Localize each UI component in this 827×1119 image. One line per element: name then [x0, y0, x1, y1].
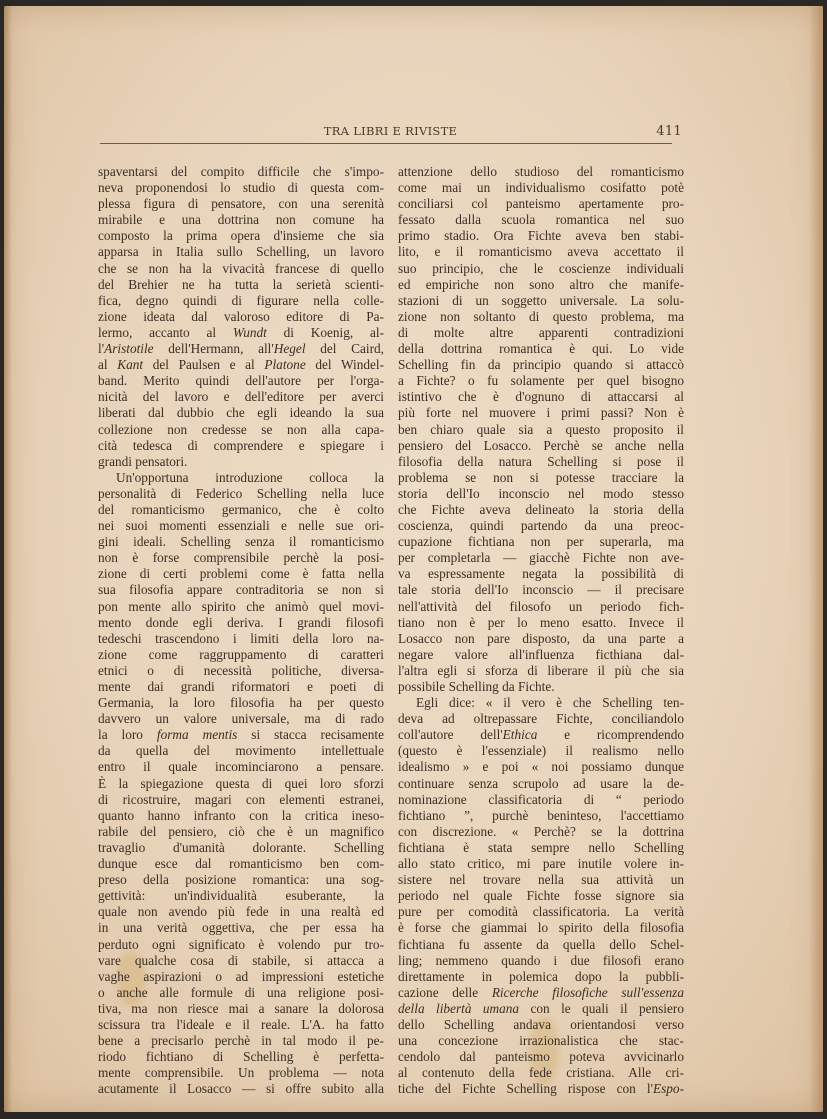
- text-run: davvero un valore universale, ma di rado: [98, 711, 384, 726]
- italic-title: Kant: [117, 357, 143, 372]
- text-line: una concezione irrazionalistica che stac…: [398, 1033, 684, 1049]
- text-line: Un'opportuna introduzione colloca la: [98, 470, 384, 486]
- text-run: entro il quale incominciarono a pensare.: [98, 759, 384, 774]
- text-line: (questo è l'essenziale) il realismo nell…: [398, 743, 684, 759]
- text-run: dell'Hermann, all': [154, 341, 274, 356]
- text-run: ed empiriche non sono altro che manife-: [398, 277, 684, 292]
- text-line: attenzione dello studioso del romanticis…: [398, 164, 684, 180]
- text-run: grandi pensatori.: [98, 454, 187, 469]
- text-line: entro il quale incominciarono a pensare.: [98, 759, 384, 775]
- text-line: fessato dalla scuola romantica nel suo: [398, 212, 684, 228]
- text-line: per completarla — giacchè Fichte non ave…: [398, 550, 684, 566]
- text-line: fica, degno quindi di figurare nella col…: [98, 293, 384, 309]
- text-run: tiva, ma non riesce mai a sanare la dolo…: [98, 1001, 384, 1016]
- text-run: istintivo che è d'ognuno di attaccarsi a…: [398, 389, 684, 404]
- text-run: allo stato critico, mi pare inutile vole…: [398, 856, 684, 871]
- text-line: problema se non si potesse tracciare la: [398, 470, 684, 486]
- text-run: stazioni di un soggetto universale. La s…: [398, 293, 684, 308]
- text-line: come mai un individualismo cosifatto pot…: [398, 180, 684, 196]
- text-run: mirabile e una dottrina non comune ha: [98, 212, 384, 227]
- text-run: una concezione irrazionalistica che stac…: [398, 1033, 684, 1048]
- text-run: del Brehier ne ha tutta la serietà scien…: [98, 277, 384, 292]
- text-run: ben chiaro quale sia a questo proposito …: [398, 422, 684, 437]
- text-line: coscienza, quindi partendo da una preoc-: [398, 518, 684, 534]
- text-line: ed empiriche non sono altro che manife-: [398, 277, 684, 293]
- italic-title: Wundt: [233, 325, 267, 340]
- text-line: fichtiano ”, purchè beninteso, l'accetti…: [398, 808, 684, 824]
- text-run: possibile Schelling da Fichte.: [398, 679, 555, 694]
- text-line: nominazione classificatoria di “ periodo: [398, 792, 684, 808]
- text-line: che Fichte aveva delineato la storia del…: [398, 502, 684, 518]
- text-run: dello Schelling andava orientandosi vers…: [398, 1017, 684, 1032]
- text-line: perduto ogni significato è volendo pur t…: [98, 937, 384, 953]
- italic-title: Aristotile: [104, 341, 154, 356]
- text-run: al: [98, 357, 117, 372]
- italic-title: Espo-: [653, 1081, 684, 1096]
- text-line: neva proponendosi lo studio di questa co…: [98, 180, 384, 196]
- italic-title: Ricerche filosofiche sull'essenza: [492, 985, 684, 1000]
- text-line: lito, e il romanticismo aveva accettato …: [398, 244, 684, 260]
- text-run: è forse che giammai lo spirito della fil…: [398, 920, 684, 935]
- text-run: rabile del pensiero, ciò che è un magnif…: [98, 824, 384, 839]
- text-run: non è forse comprensibile perchè la posi…: [98, 550, 384, 565]
- text-line: fichtiana fu assente da quella dello Sch…: [398, 937, 684, 953]
- text-line: idealismo » e poi « noi possiamo dunque: [398, 759, 684, 775]
- text-line: conciliarsi col panteismo apertamente pr…: [398, 196, 684, 212]
- text-line: pon mente allo spirito che animò quel mo…: [98, 599, 384, 615]
- text-run: pon mente allo spirito che animò quel mo…: [98, 599, 384, 614]
- text-line: sua filosofia appare contraditoria se no…: [98, 582, 384, 598]
- text-line: di ricostruire, magari con elementi estr…: [98, 792, 384, 808]
- text-run: con discrezione. « Perchè? se la dottrin…: [398, 824, 684, 839]
- text-line: preso della posizione romantica: una sog…: [98, 872, 384, 888]
- text-line: della libertà umana con le quali il pens…: [398, 1001, 684, 1017]
- italic-title: Ethica: [503, 727, 538, 742]
- text-line: mirabile e una dottrina non comune ha: [98, 212, 384, 228]
- text-line: della dottrina romantica è qui. Lo vide: [398, 341, 684, 357]
- text-line: del romanticismo germanico, che è colto: [98, 502, 384, 518]
- text-run: fica, degno quindi di figurare nella col…: [98, 293, 384, 308]
- text-line: a Fichte? o fu solamente per quel bisogn…: [398, 373, 684, 389]
- text-line: nei suoi momenti essenziali e nelle sue …: [98, 518, 384, 534]
- text-run: preso della posizione romantica: una sog…: [98, 872, 384, 887]
- text-run: a Fichte? o fu solamente per quel bisogn…: [398, 373, 684, 388]
- text-line: storia dell'Io inconscio nel modo stesso: [398, 486, 684, 502]
- text-run: periodo nel quale Fichte fosse signore s…: [398, 888, 684, 903]
- text-run: nell'attività del filosofo un periodo fi…: [398, 599, 684, 614]
- text-line: Germania, la loro filosofia ha per quest…: [98, 695, 384, 711]
- text-line: travaglio d'umanità dolorante. Schelling: [98, 840, 384, 856]
- page-number: 411: [656, 124, 682, 139]
- text-line: periodo nel quale Fichte fosse signore s…: [398, 888, 684, 904]
- text-run: quale non avendo più fede in una realtà …: [98, 904, 384, 919]
- text-line: più forte nel muovere i primi passi? Non…: [398, 405, 684, 421]
- text-run: cazione delle: [398, 985, 492, 1000]
- text-run: che Fichte aveva delineato la storia del…: [398, 502, 684, 517]
- text-run: per completarla — giacchè Fichte non ave…: [398, 550, 684, 565]
- text-line: scissura tra l'ideale e il reale. L'A. h…: [98, 1017, 384, 1033]
- text-run: zione non soltanto di questo problema, m…: [398, 309, 684, 324]
- text-line: tiche del Fichte Schelling rispose con l…: [398, 1081, 684, 1097]
- text-line: del Brehier ne ha tutta la serietà scien…: [98, 277, 384, 293]
- text-line: composto la prima opera d'insieme che si…: [98, 228, 384, 244]
- text-run: riodo fichtiano di Schelling è perfetta-: [98, 1049, 384, 1064]
- text-line: rabile del pensiero, ciò che è un magnif…: [98, 824, 384, 840]
- text-line: mente comprensibile. Un problema — nota: [98, 1065, 384, 1081]
- text-run: cendolo dal panteismo poteva avvicinarlo: [398, 1049, 684, 1064]
- text-run: bene a precisarlo perchè in tal modo il …: [98, 1033, 384, 1048]
- header-rule: [100, 143, 672, 144]
- text-line: plessa figura di pensatore, con una sere…: [98, 196, 384, 212]
- text-line: lermo, accanto al Wundt di Koenig, al-: [98, 325, 384, 341]
- text-run: con le quali il pensiero: [519, 1001, 684, 1016]
- italic-title: Hegel: [274, 341, 306, 356]
- text-run: di molte altre apparenti contradizioni: [398, 325, 684, 340]
- text-line: zione di certi problemi come è fatta nel…: [98, 566, 384, 582]
- text-line: possibile Schelling da Fichte.: [398, 679, 684, 695]
- text-line: tiva, ma non riesce mai a sanare la dolo…: [98, 1001, 384, 1017]
- text-run: coscienza, quindi partendo da una preoc-: [398, 518, 684, 533]
- text-line: suo principio, che le coscienze individu…: [398, 261, 684, 277]
- text-run: band. Merito quindi dell'autore per l'or…: [98, 373, 384, 388]
- text-run: continuare senza scrupolo ad usare la de…: [398, 776, 684, 791]
- text-run: lermo, accanto al: [98, 325, 233, 340]
- text-line: Losacco non pare disposto, da una parte …: [398, 631, 684, 647]
- text-run: quanto hanno infranto con la critica ine…: [98, 808, 384, 823]
- text-line: cazione delle Ricerche filosofiche sull'…: [398, 985, 684, 1001]
- text-line: istintivo che è d'ognuno di attaccarsi a…: [398, 389, 684, 405]
- text-run: Un'opportuna introduzione colloca la: [116, 470, 384, 485]
- text-run: coll'autore dell': [398, 727, 503, 742]
- text-line: allo stato critico, mi pare inutile vole…: [398, 856, 684, 872]
- text-run: pensiero del Losacco. Perchè se anche ne…: [398, 438, 684, 453]
- text-run: plessa figura di pensatore, con una sere…: [98, 196, 384, 211]
- text-run: direttamente in polemica dopo la pubbli-: [398, 969, 684, 984]
- text-line: o anche alle formule di una religione po…: [98, 985, 384, 1001]
- text-run: e ricomprendendo: [537, 727, 684, 742]
- italic-title: forma mentis: [157, 727, 237, 742]
- text-run: fichtiano ”, purchè beninteso, l'accetti…: [398, 808, 684, 823]
- text-line: direttamente in polemica dopo la pubbli-: [398, 969, 684, 985]
- text-line: in una verità oggettiva, che per essa ha: [98, 920, 384, 936]
- text-line: al contenuto della fede cristiana. Alle …: [398, 1065, 684, 1081]
- text-line: È la spiegazione questa di quei loro sfo…: [98, 776, 384, 792]
- text-run: acutamente il Losacco — si offre subito …: [98, 1081, 384, 1096]
- text-run: idealismo » e poi « noi possiamo dunque: [398, 759, 684, 774]
- text-run: liberati dal dubbio che egli ideando la …: [98, 405, 384, 420]
- text-line: cendolo dal panteismo poteva avvicinarlo: [398, 1049, 684, 1065]
- text-run: (questo è l'essenziale) il realismo nell…: [398, 743, 684, 758]
- text-line: stazioni di un soggetto universale. La s…: [398, 293, 684, 309]
- text-line: filosofia della natura Schelling si pose…: [398, 454, 684, 470]
- text-line: acutamente il Losacco — si offre subito …: [98, 1081, 384, 1097]
- text-run: fichtiana è stata sempre nello Schelling: [398, 840, 684, 855]
- running-head: TRA LIBRI E RIVISTE 411: [99, 124, 682, 140]
- text-line: con discrezione. « Perchè? se la dottrin…: [398, 824, 684, 840]
- text-run: Losacco non pare disposto, da una parte …: [398, 631, 684, 646]
- text-line: Schelling fin da principio quando si att…: [398, 357, 684, 373]
- text-line: grandi pensatori.: [98, 454, 384, 470]
- text-run: fessato dalla scuola romantica nel suo: [398, 212, 684, 227]
- text-run: negare valore all'influenza ficthiana da…: [398, 647, 684, 662]
- text-line: bene a precisarlo perchè in tal modo il …: [98, 1033, 384, 1049]
- text-run: tedeschi trascendono i limiti della loro…: [98, 631, 384, 646]
- text-line: cupazione fichtiana non per superarla, m…: [398, 534, 684, 550]
- text-run: problema se non si potesse tracciare la: [398, 470, 684, 485]
- text-run: di Koenig, al-: [267, 325, 384, 340]
- text-run: della dottrina romantica è qui. Lo vide: [398, 341, 684, 356]
- text-line: vare qualche cosa di stabile, si attacca…: [98, 953, 384, 969]
- text-run: perduto ogni significato è volendo pur t…: [98, 937, 384, 952]
- text-run: mente dai grandi riformatori e poeti di: [98, 679, 384, 694]
- text-line: tedeschi trascendono i limiti della loro…: [98, 631, 384, 647]
- text-line: cità tedesca di comprendere e spiegare i: [98, 438, 384, 454]
- text-line: apparsa in Italia sullo Schelling, un la…: [98, 244, 384, 260]
- text-run: zione ideata dal valoroso editore di Pa-: [98, 309, 384, 324]
- text-line: zione ideata dal valoroso editore di Pa-: [98, 309, 384, 325]
- text-line: nell'attività del filosofo un periodo fi…: [398, 599, 684, 615]
- text-run: di ricostruire, magari con elementi estr…: [98, 792, 384, 807]
- text-line: continuare senza scrupolo ad usare la de…: [398, 776, 684, 792]
- text-run: vaghe aspirazioni o ad impressioni estet…: [98, 969, 384, 984]
- text-run: sistere nel trovare nella sua attività u…: [398, 872, 684, 887]
- text-run: o anche alle formule di una religione po…: [98, 985, 384, 1000]
- text-run: si stacca recisamente: [237, 727, 384, 742]
- text-line: liberati dal dubbio che egli ideando la …: [98, 405, 384, 421]
- text-line: l'altra egli si sforza di liberare il pi…: [398, 663, 684, 679]
- text-line: di molte altre apparenti contradizioni: [398, 325, 684, 341]
- text-run: pure per comodità classificatoria. La ve…: [398, 904, 684, 919]
- text-line: è forse che giammai lo spirito della fil…: [398, 920, 684, 936]
- text-line: mente dai grandi riformatori e poeti di: [98, 679, 384, 695]
- text-line: la loro forma mentis si stacca recisamen…: [98, 727, 384, 743]
- text-line: va espressamente negata la possibilità d…: [398, 566, 684, 582]
- text-line: personalità di Federico Schelling nella …: [98, 486, 384, 502]
- text-line: da quella del movimento intellettuale: [98, 743, 384, 759]
- text-run: personalità di Federico Schelling nella …: [98, 486, 384, 501]
- text-line: band. Merito quindi dell'autore per l'or…: [98, 373, 384, 389]
- text-run: Germania, la loro filosofia ha per quest…: [98, 695, 384, 710]
- text-line: spaventarsi del compito difficile che s'…: [98, 164, 384, 180]
- text-line: primo stadio. Ora Fichte aveva ben stabi…: [398, 228, 684, 244]
- text-run: apparsa in Italia sullo Schelling, un la…: [98, 244, 384, 259]
- text-run: filosofia della natura Schelling si pose…: [398, 454, 684, 469]
- text-line: vaghe aspirazioni o ad impressioni estet…: [98, 969, 384, 985]
- text-line: al Kant del Paulsen e al Platone del Win…: [98, 357, 384, 373]
- text-column-left: spaventarsi del compito difficile che s'…: [98, 164, 384, 1097]
- text-run: al contenuto della fede cristiana. Alle …: [398, 1065, 684, 1080]
- text-run: l'altra egli si sforza di liberare il pi…: [398, 663, 684, 678]
- text-line: mento donde egli deriva. I grandi filoso…: [98, 615, 384, 631]
- text-run: dunque esce dal romanticismo ben com-: [98, 856, 384, 871]
- text-run: tale storia dell'Io inconscio — il preci…: [398, 582, 684, 597]
- italic-title: della libertà umana: [398, 1001, 519, 1016]
- text-line: etnici o di necessità politiche, diversa…: [98, 663, 384, 679]
- text-run: cupazione fichtiana non per superarla, m…: [398, 534, 684, 549]
- text-run: del Paulsen e al: [143, 357, 264, 372]
- text-run: spaventarsi del compito difficile che s'…: [98, 164, 384, 179]
- text-run: gettività: un'individualità esuberante, …: [98, 888, 384, 903]
- text-line: coll'autore dell'Ethica e ricomprendendo: [398, 727, 684, 743]
- text-run: più forte nel muovere i primi passi? Non…: [398, 405, 684, 420]
- text-run: mento donde egli deriva. I grandi filoso…: [98, 615, 384, 630]
- page-edge-shadow-left: [4, 6, 12, 1112]
- book-page: TRA LIBRI E RIVISTE 411 spaventarsi del …: [4, 6, 823, 1112]
- text-line: l'Aristotile dell'Hermann, all'Hegel del…: [98, 341, 384, 357]
- text-run: sua filosofia appare contraditoria se no…: [98, 582, 384, 597]
- text-run: da quella del movimento intellettuale: [98, 743, 384, 758]
- text-run: lito, e il romanticismo aveva accettato …: [398, 244, 684, 259]
- running-head-title: TRA LIBRI E RIVISTE: [99, 124, 682, 138]
- text-line: collezione non credesse se non alla capa…: [98, 422, 384, 438]
- text-run: travaglio d'umanità dolorante. Schelling: [98, 840, 384, 855]
- text-run: collezione non credesse se non alla capa…: [98, 422, 384, 437]
- text-run: la loro: [98, 727, 157, 742]
- text-run: nominazione classificatoria di “ periodo: [398, 792, 684, 807]
- text-line: nicità del lavoro e dell'editore per ave…: [98, 389, 384, 405]
- text-run: tiano non è per lo meno esatto. Invece i…: [398, 615, 684, 630]
- text-line: quale non avendo più fede in una realtà …: [98, 904, 384, 920]
- text-run: mente comprensibile. Un problema — nota: [98, 1065, 384, 1080]
- italic-title: Platone: [264, 357, 305, 372]
- text-run: composto la prima opera d'insieme che si…: [98, 228, 384, 243]
- text-line: gettività: un'individualità esuberante, …: [98, 888, 384, 904]
- text-run: tiche del Fichte Schelling rispose con l…: [398, 1081, 653, 1096]
- text-run: deva ad oltrepassare Fichte, conciliando…: [398, 711, 684, 726]
- text-line: non è forse comprensibile perchè la posi…: [98, 550, 384, 566]
- text-run: del Windel-: [306, 357, 384, 372]
- text-line: sistere nel trovare nella sua attività u…: [398, 872, 684, 888]
- text-run: del romanticismo germanico, che è colto: [98, 502, 384, 517]
- text-run: vare qualche cosa di stabile, si attacca…: [98, 953, 384, 968]
- text-line: gini ideali. Schelling senza il romantic…: [98, 534, 384, 550]
- text-run: storia dell'Io inconscio nel modo stesso: [398, 486, 684, 501]
- text-run: primo stadio. Ora Fichte aveva ben stabi…: [398, 228, 684, 243]
- text-line: davvero un valore universale, ma di rado: [98, 711, 384, 727]
- text-run: conciliarsi col panteismo apertamente pr…: [398, 196, 684, 211]
- text-run: nei suoi momenti essenziali e nelle sue …: [98, 518, 384, 533]
- text-run: cità tedesca di comprendere e spiegare i: [98, 438, 384, 453]
- text-line: ling; nemmeno quando i due filosofi eran…: [398, 953, 684, 969]
- text-run: come mai un individualismo cosifatto pot…: [398, 180, 684, 195]
- text-run: Schelling fin da principio quando si att…: [398, 357, 684, 372]
- text-run: neva proponendosi lo studio di questa co…: [98, 180, 384, 195]
- text-line: tale storia dell'Io inconscio — il preci…: [398, 582, 684, 598]
- text-run: zione di certi problemi come è fatta nel…: [98, 566, 384, 581]
- text-line: tiano non è per lo meno esatto. Invece i…: [398, 615, 684, 631]
- text-line: dello Schelling andava orientandosi vers…: [398, 1017, 684, 1033]
- text-run: gini ideali. Schelling senza il romantic…: [98, 534, 384, 549]
- text-line: negare valore all'influenza ficthiana da…: [398, 647, 684, 663]
- text-run: del Caird,: [306, 341, 384, 356]
- text-run: va espressamente negata la possibilità d…: [398, 566, 684, 581]
- text-run: in una verità oggettiva, che per essa ha: [98, 920, 384, 935]
- text-run: nicità del lavoro e dell'editore per ave…: [98, 389, 384, 404]
- text-line: Egli dice: « il vero è che Schelling ten…: [398, 695, 684, 711]
- text-line: che se non ha la vivacità francese di qu…: [98, 261, 384, 277]
- text-run: etnici o di necessità politiche, diversa…: [98, 663, 384, 678]
- text-line: zione non soltanto di questo problema, m…: [398, 309, 684, 325]
- text-line: ben chiaro quale sia a questo proposito …: [398, 422, 684, 438]
- text-line: fichtiana è stata sempre nello Schelling: [398, 840, 684, 856]
- page-edge-shadow-right: [809, 6, 823, 1112]
- text-line: riodo fichtiano di Schelling è perfetta-: [98, 1049, 384, 1065]
- text-run: ling; nemmeno quando i due filosofi eran…: [398, 953, 684, 968]
- text-line: dunque esce dal romanticismo ben com-: [98, 856, 384, 872]
- text-run: che se non ha la vivacità francese di qu…: [98, 261, 384, 276]
- text-run: Egli dice: « il vero è che Schelling ten…: [416, 695, 684, 710]
- text-run: zione come raggruppamento di caratteri: [98, 647, 384, 662]
- text-run: suo principio, che le coscienze individu…: [398, 261, 684, 276]
- text-line: pensiero del Losacco. Perchè se anche ne…: [398, 438, 684, 454]
- text-run: attenzione dello studioso del romanticis…: [398, 164, 684, 179]
- text-line: deva ad oltrepassare Fichte, conciliando…: [398, 711, 684, 727]
- text-run: È la spiegazione questa di quei loro sfo…: [98, 776, 384, 791]
- text-line: pure per comodità classificatoria. La ve…: [398, 904, 684, 920]
- text-line: quanto hanno infranto con la critica ine…: [98, 808, 384, 824]
- text-run: fichtiana fu assente da quella dello Sch…: [398, 937, 684, 952]
- text-run: scissura tra l'ideale e il reale. L'A. h…: [98, 1017, 384, 1032]
- text-line: zione come raggruppamento di caratteri: [98, 647, 384, 663]
- text-column-right: attenzione dello studioso del romanticis…: [398, 164, 684, 1097]
